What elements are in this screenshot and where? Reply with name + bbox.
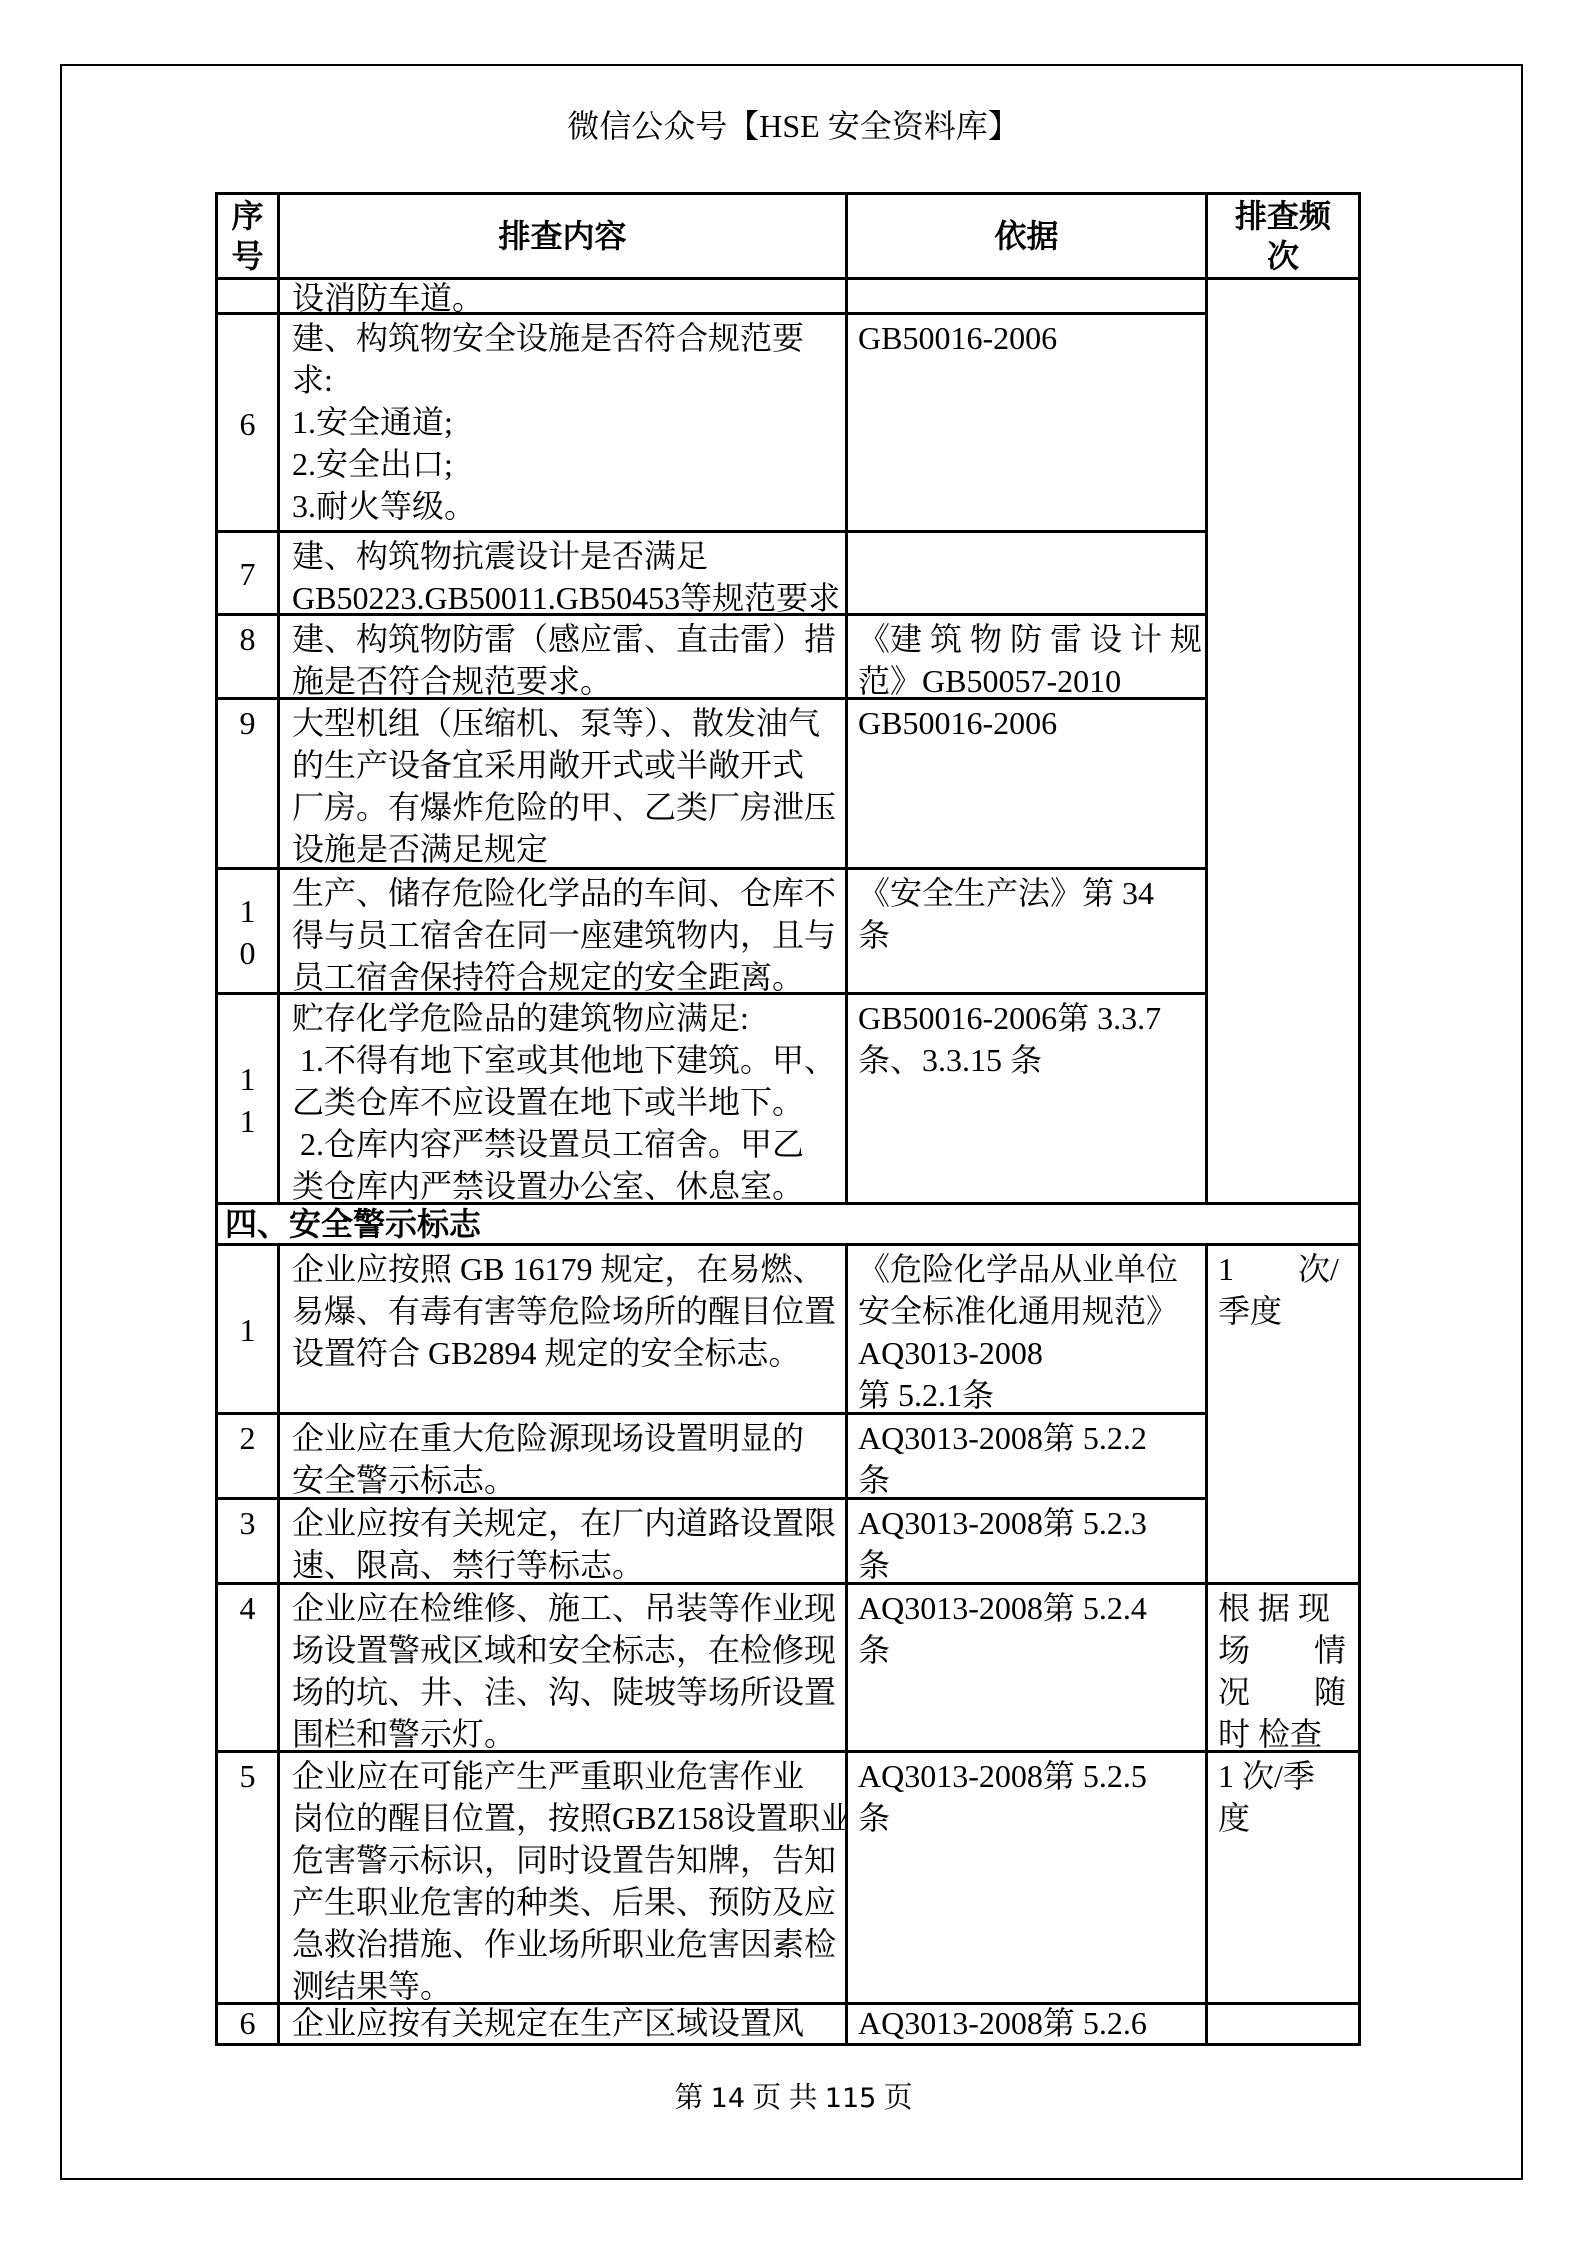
row-basis-cell: 《危险化学品从业单位 安全标准化通用规范》 AQ3013-2008 第 5.2.… (848, 1246, 1208, 1415)
frequency-site-based-cell: 根 据 现 场 情 况 随 时 检查 (1208, 1585, 1361, 1753)
row-number-cell: 6 (218, 2005, 280, 2046)
row-content-cell: 企业应按有关规定在生产区域设置风 (280, 2005, 848, 2046)
row-content-cell: 建、构筑物抗震设计是否满足 GB50223.GB50011.GB50453等规范… (280, 533, 848, 616)
row-number-cell: 3 (218, 1500, 280, 1585)
row-content-cell: 企业应在检维修、施工、吊装等作业现 场设置警戒区域和安全标志，在检修现 场的坑、… (280, 1585, 848, 1753)
frequency-quarterly-cell: 1 次/ 季度 (1208, 1246, 1361, 1585)
document-header-note: 微信公众号【HSE 安全资料库】 (0, 106, 1587, 146)
row-content-cell: 设消防车道。 (280, 280, 848, 315)
row-content-cell: 企业应在重大危险源现场设置明显的 安全警示标志。 (280, 1415, 848, 1500)
row-number-cell: 1 0 (218, 870, 280, 995)
col-header-content: 排查内容 (280, 195, 848, 280)
row-content-cell: 企业应按有关规定，在厂内道路设置限 速、限高、禁行等标志。 (280, 1500, 848, 1585)
col-header-frequency: 排查频 次 (1208, 195, 1361, 280)
col-header-number: 序 号 (218, 195, 280, 280)
row-number-cell: 1 (218, 1246, 280, 1415)
row-basis-cell (848, 533, 1208, 616)
row-basis-cell: AQ3013-2008第 5.2.3 条 (848, 1500, 1208, 1585)
row-number-cell: 8 (218, 616, 280, 700)
row-content-cell: 企业应在可能产生严重职业危害作业 岗位的醒目位置，按照GBZ158设置职业 危害… (280, 1753, 848, 2005)
row-number-cell: 2 (218, 1415, 280, 1500)
footer-total-pages: 115 (825, 2083, 877, 2114)
row-basis-cell: AQ3013-2008第 5.2.5 条 (848, 1753, 1208, 2005)
row-number-cell (218, 280, 280, 315)
inspection-table: 序 号 排查内容 依据 排查频 次 设消防车道。 6 建、构筑物安全设施是否符合… (215, 192, 1361, 2046)
row-basis-cell (848, 280, 1208, 315)
row-content-cell: 贮存化学危险品的建筑物应满足: 1.不得有地下室或其他地下建筑。甲、 乙类仓库不… (280, 995, 848, 1205)
section-title-row: 四、安全警示标志 (218, 1205, 1361, 1246)
row-basis-cell: AQ3013-2008第 5.2.4 条 (848, 1585, 1208, 1753)
row-content-cell: 建、构筑物防雷（感应雷、直击雷）措 施是否符合规范要求。 (280, 616, 848, 700)
row-basis-cell: GB50016-2006 (848, 700, 1208, 870)
footer-text: 页 共 (745, 2082, 825, 2114)
frequency-quarterly-cell: 1 次/季 度 (1208, 1753, 1361, 2005)
row-basis-cell: GB50016-2006第 3.3.7 条、3.3.15 条 (848, 995, 1208, 1205)
row-number-cell: 7 (218, 533, 280, 616)
row-number-cell: 1 1 (218, 995, 280, 1205)
frequency-blank-cell (1208, 2005, 1361, 2046)
footer-text: 第 (674, 2082, 710, 2114)
row-basis-cell: 《安全生产法》第 34 条 (848, 870, 1208, 995)
footer-text: 页 (876, 2082, 912, 2114)
frequency-merged-blank-cell (1208, 280, 1361, 1205)
page-footer: 第 14 页 共 115 页 (0, 2080, 1587, 2117)
row-number-cell: 5 (218, 1753, 280, 2005)
row-content-cell: 建、构筑物安全设施是否符合规范要 求: 1.安全通道; 2.安全出口; 3.耐火… (280, 315, 848, 533)
row-basis-cell: AQ3013-2008第 5.2.6 (848, 2005, 1208, 2046)
row-number-cell: 4 (218, 1585, 280, 1753)
row-content-cell: 大型机组（压缩机、泵等）、散发油气 的生产设备宜采用敞开式或半敞开式 厂房。有爆… (280, 700, 848, 870)
row-basis-cell: AQ3013-2008第 5.2.2 条 (848, 1415, 1208, 1500)
row-basis-cell: GB50016-2006 (848, 315, 1208, 533)
row-basis-cell: 《建 筑 物 防 雷 设 计 规 范》GB50057-2010 (848, 616, 1208, 700)
row-content-cell: 生产、储存危险化学品的车间、仓库不 得与员工宿舍在同一座建筑物内，且与 员工宿舍… (280, 870, 848, 995)
footer-page-number: 14 (711, 2083, 745, 2114)
row-number-cell: 6 (218, 315, 280, 533)
row-content-cell: 企业应按照 GB 16179 规定，在易燃、 易爆、有毒有害等危险场所的醒目位置… (280, 1246, 848, 1415)
row-number-cell: 9 (218, 700, 280, 870)
col-header-basis: 依据 (848, 195, 1208, 280)
